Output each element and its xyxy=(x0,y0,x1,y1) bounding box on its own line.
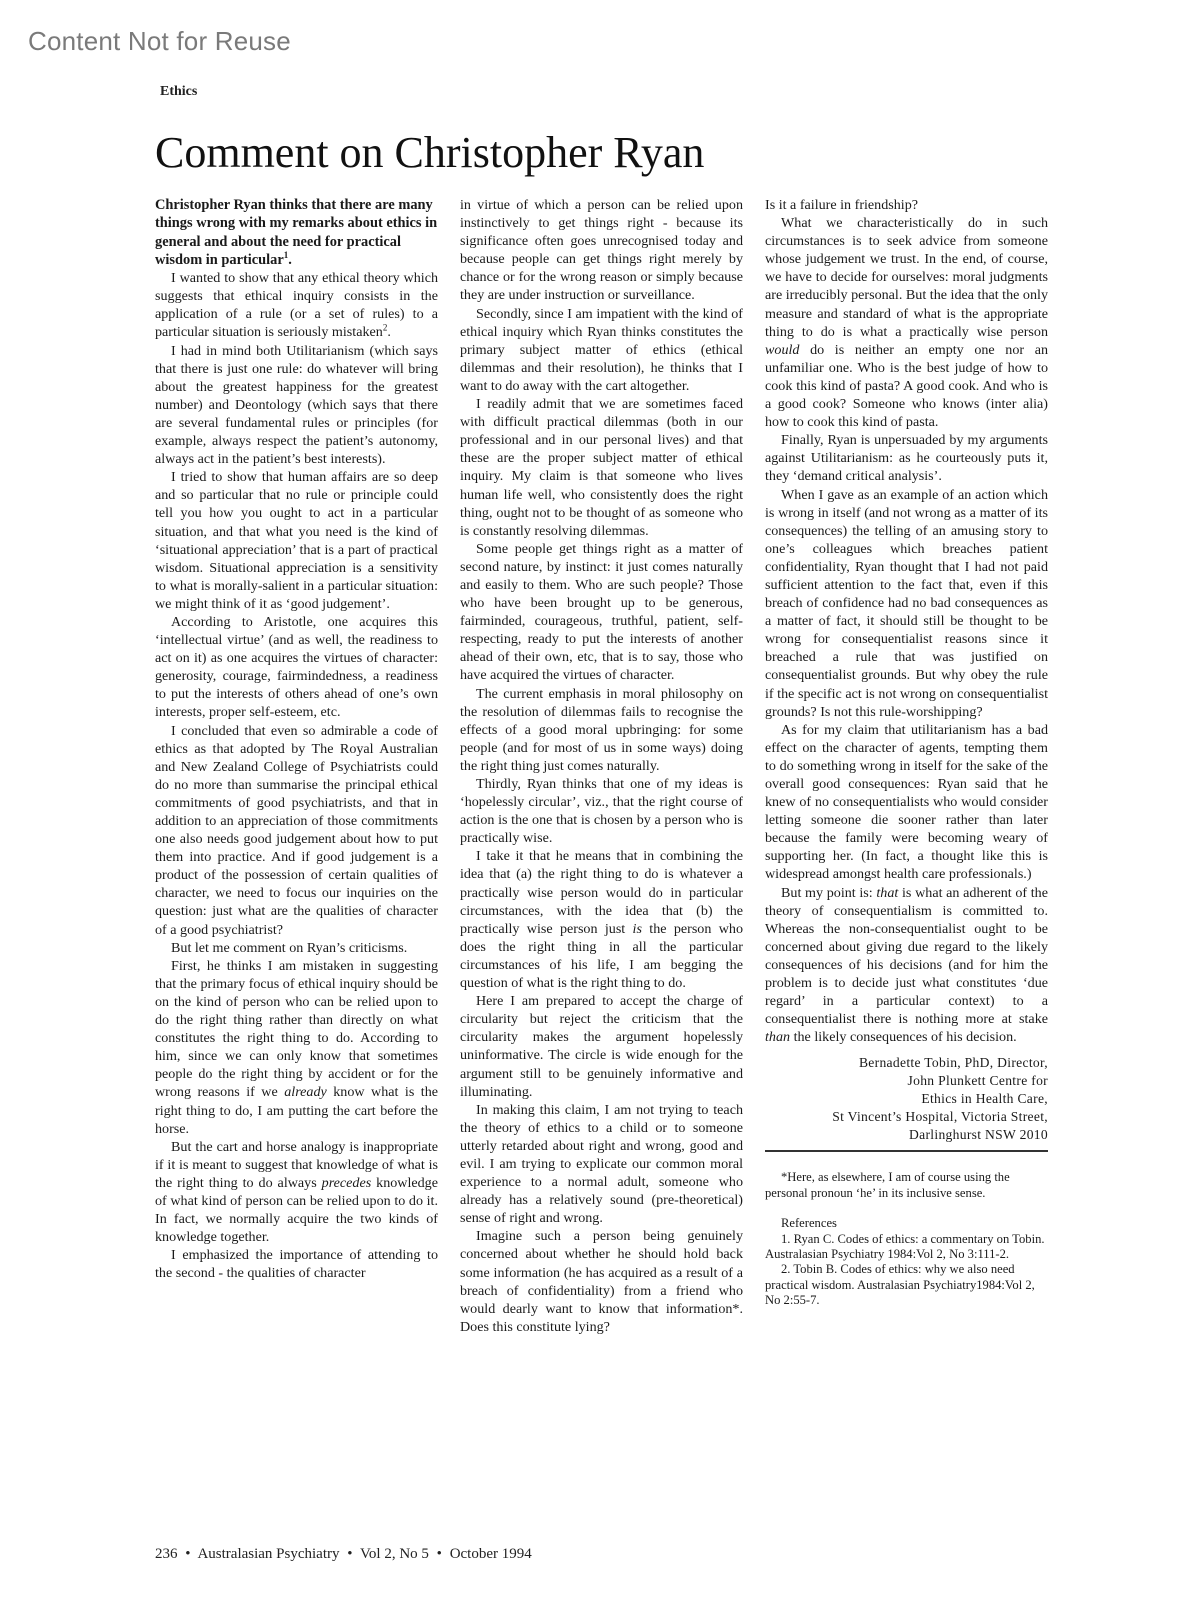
paragraph-text: I wanted to show that any ethical theory… xyxy=(155,270,438,340)
journal-name: Australasian Psychiatry xyxy=(197,1546,339,1562)
author-address: Darlinghurst NSW 2010 xyxy=(765,1126,1048,1144)
references-title: References xyxy=(765,1216,1048,1231)
article-title: Comment on Christopher Ryan xyxy=(155,125,704,181)
paragraph-text: What we characteristically do in such ci… xyxy=(765,215,1048,340)
paragraph: I readily admit that we are sometimes fa… xyxy=(460,395,743,540)
emphasis: than xyxy=(765,1029,790,1045)
reference-item: 2. Tobin B. Codes of ethics: why we also… xyxy=(765,1262,1048,1308)
emphasis: is xyxy=(633,921,642,937)
page-footer: 236 • Australasian Psychiatry • Vol 2, N… xyxy=(155,1546,532,1563)
paragraph: What we characteristically do in such ci… xyxy=(765,214,1048,431)
paragraph: Thirdly, Ryan thinks that one of my idea… xyxy=(460,775,743,847)
author-affiliation: John Plunkett Centre for xyxy=(765,1072,1048,1090)
emphasis: precedes xyxy=(322,1175,372,1191)
author-affiliation: Ethics in Health Care, xyxy=(765,1090,1048,1108)
issue: Vol 2, No 5 xyxy=(360,1546,429,1562)
paragraph: According to Aristotle, one acquires thi… xyxy=(155,613,438,722)
footnote: *Here, as elsewhere, I am of course usin… xyxy=(765,1170,1048,1201)
paragraph-end: . xyxy=(387,324,391,340)
emphasis: would xyxy=(765,342,799,358)
paragraph-text: is what an adherent of the theory of con… xyxy=(765,885,1048,1028)
paragraph: But let me comment on Ryan’s criti­cisms… xyxy=(155,939,438,957)
column-3: Is it a failure in friendship? What we c… xyxy=(765,196,1048,1308)
reference-item: 1. Ryan C. Codes of ethics: a commentary… xyxy=(765,1232,1048,1263)
divider xyxy=(765,1150,1048,1152)
paragraph-text: do is neither an empty one nor an unfami… xyxy=(765,342,1048,430)
column-2: in virtue of which a person can be relie… xyxy=(460,196,743,1336)
paragraph: The current emphasis in moral philoso­ph… xyxy=(460,685,743,775)
author-address: St Vincent’s Hospital, Victoria Street, xyxy=(765,1108,1048,1126)
paragraph: Secondly, since I am impatient with the … xyxy=(460,305,743,395)
paragraph: Is it a failure in friendship? xyxy=(765,196,1048,214)
bullet-separator: • xyxy=(181,1546,194,1562)
paragraph: I take it that he means that in combinin… xyxy=(460,847,743,992)
issue-date: October 1994 xyxy=(450,1546,532,1562)
paragraph-text: the likely consequences of his decision. xyxy=(790,1029,1017,1045)
paragraph: Imagine such a person being genuinely co… xyxy=(460,1227,743,1336)
paragraph: I concluded that even so admirable a cod… xyxy=(155,722,438,939)
paragraph-text: First, he thinks I am mistaken in sugges… xyxy=(155,958,438,1101)
paragraph: First, he thinks I am mistaken in sugges… xyxy=(155,957,438,1138)
lede-paragraph: Christopher Ryan thinks that there are m… xyxy=(155,196,438,269)
paragraph-text: But my point is: xyxy=(781,885,876,901)
column-1: Christopher Ryan thinks that there are m… xyxy=(155,196,438,1282)
paragraph: In making this claim, I am not trying to… xyxy=(460,1101,743,1228)
paragraph: But the cart and horse analogy is inap­p… xyxy=(155,1138,438,1247)
emphasis: already xyxy=(284,1084,327,1100)
bullet-separator: • xyxy=(343,1546,356,1562)
paragraph: Here I am prepared to accept the charge … xyxy=(460,992,743,1101)
paragraph: I tried to show that human affairs are s… xyxy=(155,468,438,613)
paragraph: Some people get things right as a matter… xyxy=(460,540,743,685)
lede-text: Christopher Ryan thinks that there are m… xyxy=(155,197,437,268)
paragraph: in virtue of which a person can be relie… xyxy=(460,196,743,305)
paragraph: I had in mind both Utilitarianism (which… xyxy=(155,342,438,469)
author-name: Bernadette Tobin, PhD, Director, xyxy=(765,1054,1048,1072)
section-label: Ethics xyxy=(160,84,197,100)
paragraph: As for my claim that utilitarianism has … xyxy=(765,721,1048,884)
references: References 1. Ryan C. Codes of ethics: a… xyxy=(765,1216,1048,1308)
page-number: 236 xyxy=(155,1546,178,1562)
paragraph: I wanted to show that any ethical theory… xyxy=(155,269,438,341)
paragraph: Finally, Ryan is unpersuaded by my ar­gu… xyxy=(765,431,1048,485)
lede-end: . xyxy=(288,252,292,268)
paragraph: But my point is: that is what an adheren… xyxy=(765,884,1048,1047)
author-signature: Bernadette Tobin, PhD, Director, John Pl… xyxy=(765,1054,1048,1144)
paragraph: When I gave as an example of an action w… xyxy=(765,486,1048,721)
emphasis: that xyxy=(876,885,898,901)
watermark: Content Not for Reuse xyxy=(28,26,291,57)
bullet-separator: • xyxy=(433,1546,446,1562)
paragraph: I emphasized the importance of attend­in… xyxy=(155,1246,438,1282)
footnote-text: *Here, as elsewhere, I am of course usin… xyxy=(765,1170,1048,1201)
